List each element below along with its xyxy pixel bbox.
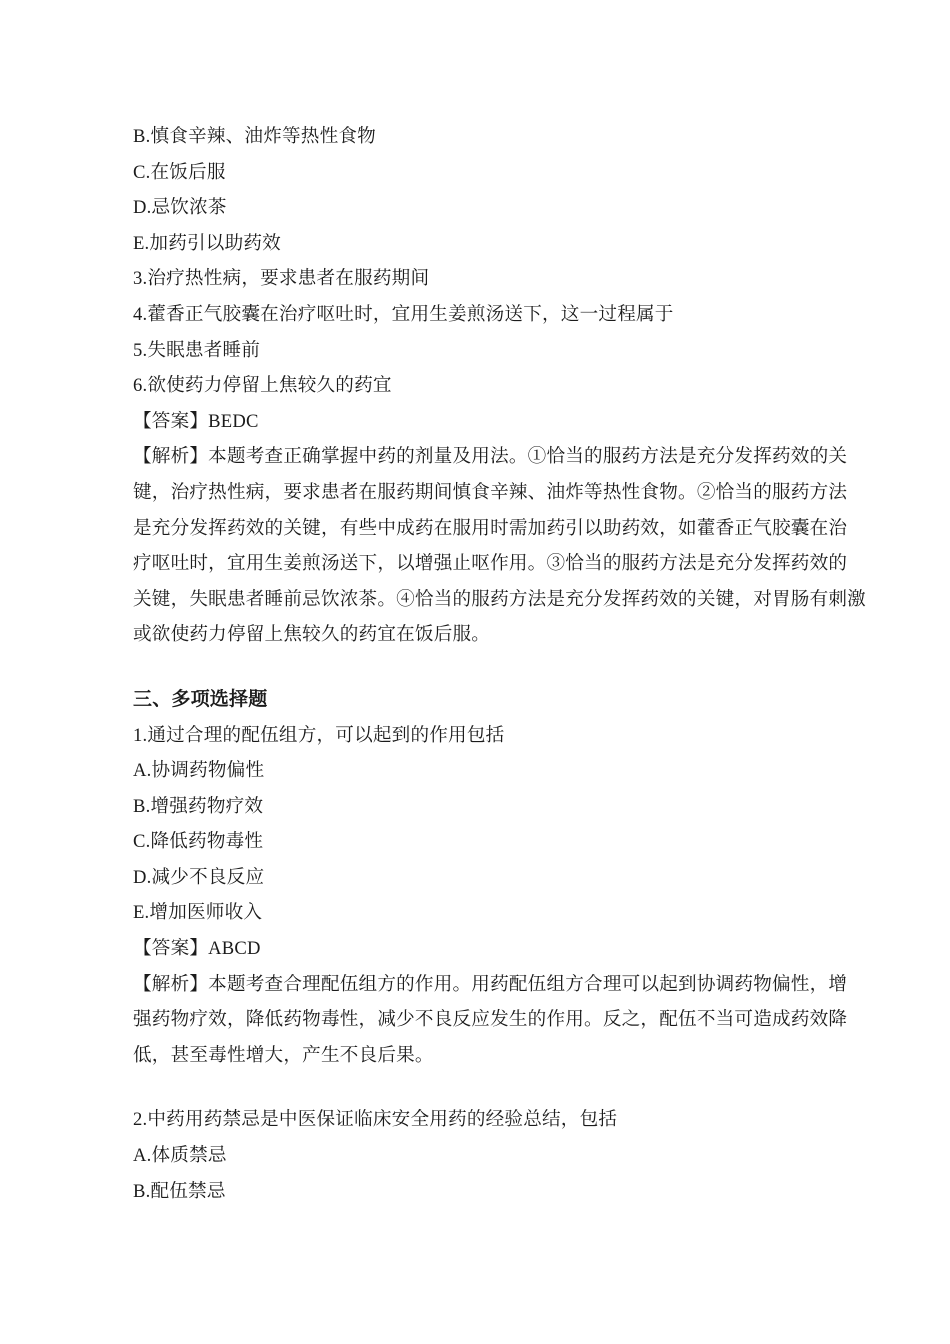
option-line: D.减少不良反应 bbox=[133, 860, 840, 896]
option-line: B.配伍禁忌 bbox=[133, 1174, 840, 1210]
analysis-line: 是充分发挥药效的关键，有些中成药在服用时需加药引以助药效，如藿香正气胶囊在治 bbox=[133, 511, 840, 547]
analysis-line: 【解析】本题考查合理配伍组方的作用。用药配伍组方合理可以起到协调药物偏性，增 bbox=[133, 967, 840, 1003]
option-line: C.在饭后服 bbox=[133, 155, 840, 191]
option-line: C.降低药物毒性 bbox=[133, 824, 840, 860]
option-line: E.加药引以助药效 bbox=[133, 226, 840, 262]
analysis-line: 关键，失眠患者睡前忌饮浓茶。④恰当的服药方法是充分发挥药效的关键，对胃肠有刺激 bbox=[133, 582, 840, 618]
question-line: 2.中药用药禁忌是中医保证临床安全用药的经验总结，包括 bbox=[133, 1102, 840, 1138]
question-line: 1.通过合理的配伍组方，可以起到的作用包括 bbox=[133, 718, 840, 754]
document-content: B.慎食辛辣、油炸等热性食物C.在饭后服D.忌饮浓茶E.加药引以助药效3.治疗热… bbox=[133, 119, 840, 1209]
answer-line: 【答案】ABCD bbox=[133, 931, 840, 967]
answer-line: 【答案】BEDC bbox=[133, 404, 840, 440]
option-line: D.忌饮浓茶 bbox=[133, 190, 840, 226]
analysis-line: 或欲使药力停留上焦较久的药宜在饭后服。 bbox=[133, 617, 840, 653]
question-line: 5.失眠患者睡前 bbox=[133, 333, 840, 369]
question-line: 4.藿香正气胶囊在治疗呕吐时，宜用生姜煎汤送下，这一过程属于 bbox=[133, 297, 840, 333]
document-page: B.慎食辛辣、油炸等热性食物C.在饭后服D.忌饮浓茶E.加药引以助药效3.治疗热… bbox=[0, 0, 950, 1344]
analysis-line: 强药物疗效，降低药物毒性，减少不良反应发生的作用。反之，配伍不当可造成药效降 bbox=[133, 1002, 840, 1038]
question-line: 6.欲使药力停留上焦较久的药宜 bbox=[133, 368, 840, 404]
paragraph-spacer bbox=[133, 653, 840, 682]
analysis-line: 键，治疗热性病，要求患者在服药期间慎食辛辣、油炸等热性食物。②恰当的服药方法 bbox=[133, 475, 840, 511]
analysis-line: 低，甚至毒性增大，产生不良后果。 bbox=[133, 1038, 840, 1074]
option-line: A.协调药物偏性 bbox=[133, 753, 840, 789]
analysis-line: 【解析】本题考查正确掌握中药的剂量及用法。①恰当的服药方法是充分发挥药效的关 bbox=[133, 439, 840, 475]
paragraph-spacer bbox=[133, 1073, 840, 1102]
question-line: 3.治疗热性病，要求患者在服药期间 bbox=[133, 261, 840, 297]
option-line: A.体质禁忌 bbox=[133, 1138, 840, 1174]
section-heading: 三、多项选择题 bbox=[133, 682, 840, 718]
option-line: B.慎食辛辣、油炸等热性食物 bbox=[133, 119, 840, 155]
analysis-line: 疗呕吐时，宜用生姜煎汤送下，以增强止呕作用。③恰当的服药方法是充分发挥药效的 bbox=[133, 546, 840, 582]
option-line: E.增加医师收入 bbox=[133, 895, 840, 931]
option-line: B.增强药物疗效 bbox=[133, 789, 840, 825]
